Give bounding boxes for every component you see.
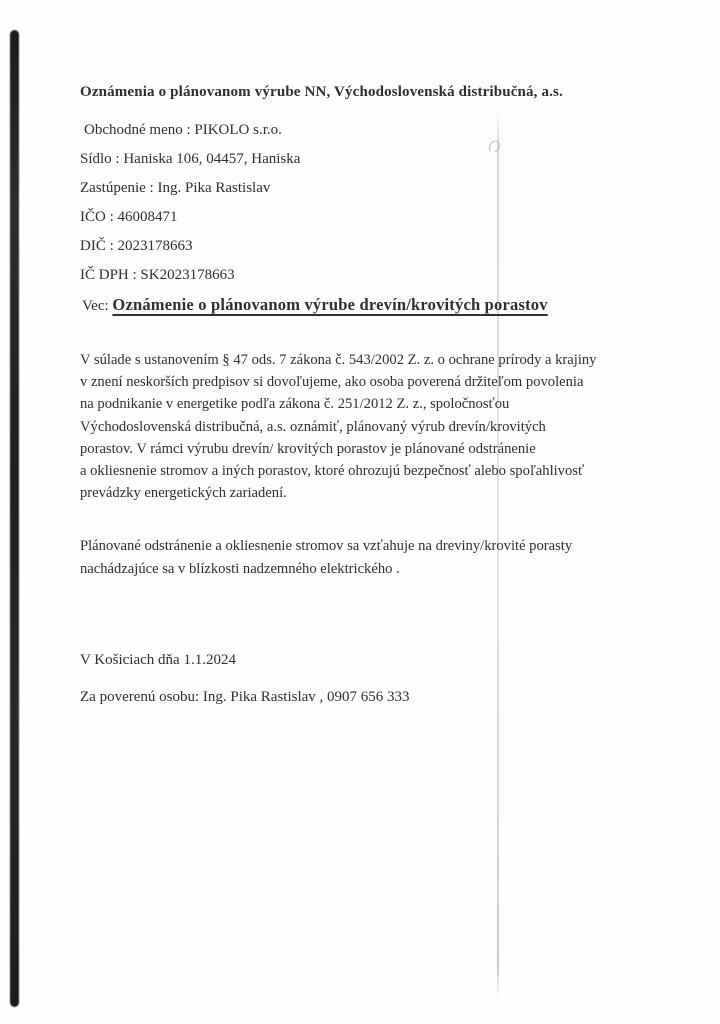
closing-place-date: V Košiciach dňa 1.1.2024: [80, 649, 640, 671]
paragraph-line: na podnikanie v energetike podľa zákona …: [80, 393, 640, 415]
info-line-dic: DIČ : 2023178663: [80, 232, 640, 261]
paragraph-line: Východoslovenská distribučná, a.s. oznám…: [80, 416, 640, 438]
info-line-business-name: Obchodné meno : PIKOLO s.r.o.: [80, 116, 640, 145]
body-paragraph-1: V súlade s ustanovením § 47 ods. 7 zákon…: [80, 349, 640, 504]
info-line-ico: IČO : 46008471: [80, 203, 640, 232]
paragraph-line: nachádzajúce sa v blízkosti nadzemného e…: [80, 558, 640, 580]
info-line-ic-dph: IČ DPH : SK2023178663: [80, 261, 640, 290]
info-line-representative: Zastúpenie : Ing. Pika Rastislav: [80, 174, 640, 203]
subject-text: Oznámenie o plánovanom výrube drevín/kro…: [112, 295, 547, 314]
subject-line: Vec: Oznámenie o plánovanom výrube dreví…: [80, 290, 640, 321]
body-paragraph-2: Plánované odstránenie a okliesnenie stro…: [80, 535, 640, 579]
paragraph-line: v znení neskorších predpisov si dovoľuje…: [80, 371, 640, 393]
paragraph-line: a okliesnenie stromov a iných porastov, …: [80, 460, 640, 482]
document-title: Oznámenia o plánovanom výrube NN, Východ…: [80, 82, 640, 102]
paragraph-line: prevádzky energetických zariadení.: [80, 482, 640, 504]
paragraph-line: porastov. V rámci výrubu drevín/ krovitý…: [80, 438, 640, 460]
paragraph-line: Plánované odstránenie a okliesnenie stro…: [80, 535, 640, 557]
scanned-document-page: Oznámenia o plánovanom výrube NN, Východ…: [0, 0, 720, 1024]
scanner-edge-shadow: [10, 30, 19, 1007]
document-content: Oznámenia o plánovanom výrube NN, Východ…: [80, 82, 640, 708]
paragraph-line: V súlade s ustanovením § 47 ods. 7 zákon…: [80, 349, 640, 371]
info-line-registered-office: Sídlo : Haniska 106, 04457, Haniska: [80, 145, 640, 174]
subject-prefix: Vec:: [82, 298, 109, 314]
closing-signature: Za poverenú osobu: Ing. Pika Rastislav ,…: [80, 686, 640, 708]
